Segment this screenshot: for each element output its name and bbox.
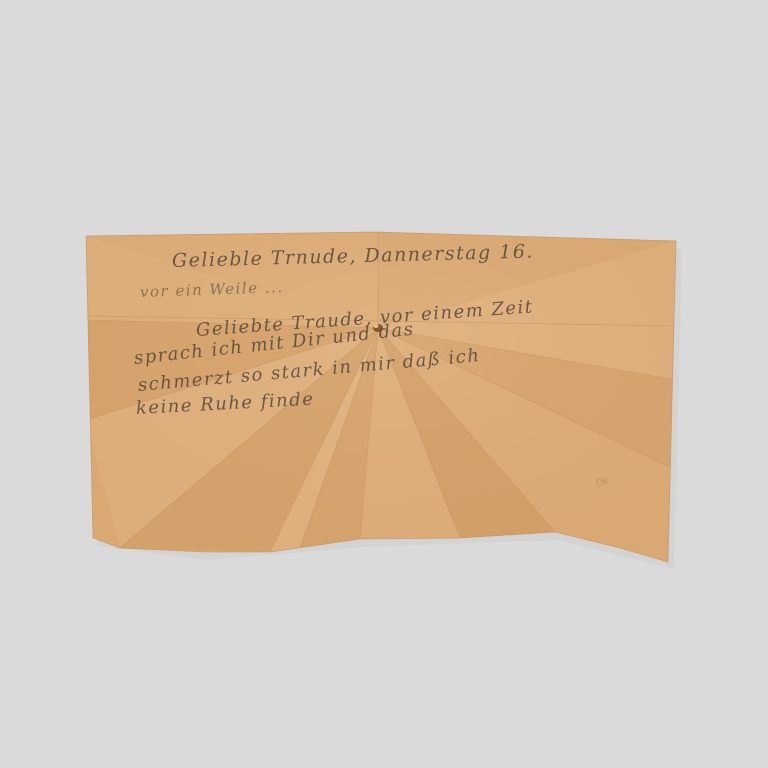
photo-scene bbox=[0, 0, 768, 768]
